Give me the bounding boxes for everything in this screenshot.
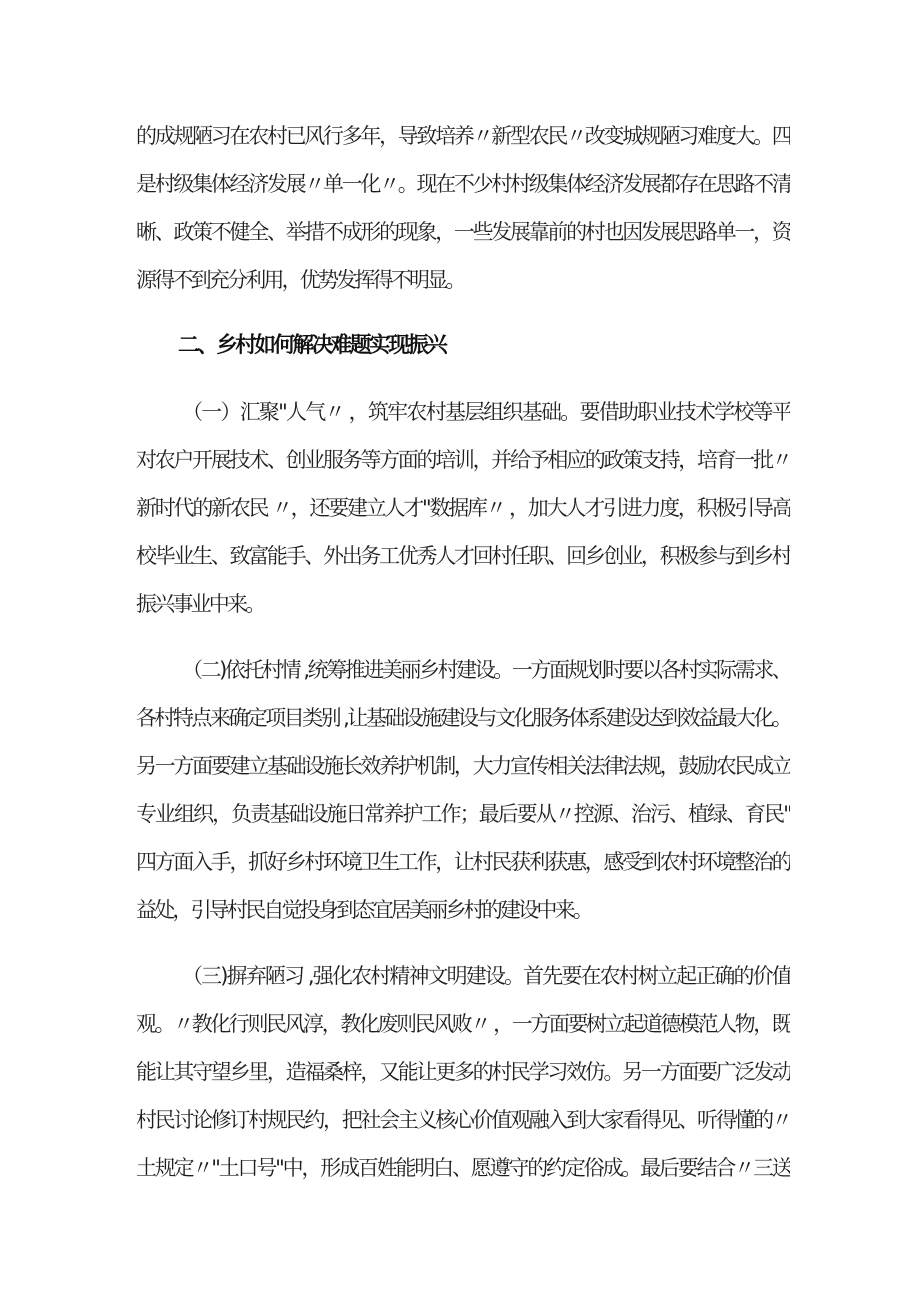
text-line: 振兴事业中来。 xyxy=(136,580,790,628)
text-line: （一）汇聚"人气〃 ，筑牢农村基层组织基础。要借助职业技术学校等平台， xyxy=(136,388,790,436)
text-line: 土规定〃"土口号"中，形成百姓能明白、愿遵守的约定俗成。最后要结合〃三送 xyxy=(136,1144,790,1192)
text-line: 源得不到充分利用，优势发挥得不明显。 xyxy=(136,256,790,304)
text-line: 能让其守望乡里，造福桑梓，又能让更多的村民学习效仿。另一方面要广泛发动 xyxy=(136,1048,790,1096)
text-line: 新时代的新农民 〃，还要建立人才"数据库〃 ，加大人才引进力度，积极引导高 xyxy=(136,484,790,532)
text-line: 另一方面要建立基础设施长效养护机制，大力宣传相关法律法规，鼓励农民成立 xyxy=(136,742,790,790)
document-page: 的成规陋习在农村已风行多年，导致培养〃新型农民〃改变城规陋习难度大。四 是村级集… xyxy=(0,0,920,1301)
paragraph-continuation: 的成规陋习在农村已风行多年，导致培养〃新型农民〃改变城规陋习难度大。四 是村级集… xyxy=(136,112,790,304)
text-line: 各村特点来确定项目类别 ,让基础设施建设与文化服务体系建设达到效益最大化。 xyxy=(136,694,790,742)
text-line: 益处，引导村民自觉投身到态宜居美丽乡村的建设中来。 xyxy=(136,886,790,934)
text-line: 是村级集体经济发展〃单一化〃。现在不少村村级集体经济发展都存在思路不清 xyxy=(136,160,790,208)
text-line: 观。〃教化行则民风淳，教化废则民风败〃 ，一方面要树立起道德模范人物，既 xyxy=(136,1000,790,1048)
paragraph-item-2: （二)依托村情 ,统筹推进美丽乡村建设。一方面规划时要以各村实际需求、 各村特点… xyxy=(136,646,790,934)
text-line: 校毕业生、致富能手、外出务工优秀人才回村任职、回乡创业，积极参与到乡村 xyxy=(136,532,790,580)
text-line: 村民讨论修订村规民约，把社会主义核心价值观融入到大家看得见、听得懂的〃 xyxy=(136,1096,790,1144)
paragraph-item-3: （三)摒弃陋习 ,强化农村精神文明建设。首先要在农村树立起正确的价值 观。〃教化… xyxy=(136,952,790,1192)
text-line: 四方面入手，抓好乡村环境卫生工作，让村民获利获惠，感受到农村环境整治的 xyxy=(136,838,790,886)
text-line: 晰、政策不健全、举措不成形的现象，一些发展靠前的村也因发展思路单一，资 xyxy=(136,208,790,256)
text-line: 专业组织，负责基础设施日常养护工作；最后要从〃控源、治污、植绿、育民" xyxy=(136,790,790,838)
text-line: 对农户开展技术、创业服务等方面的培训，并给予相应的政策支持，培育一批〃 xyxy=(136,436,790,484)
section-heading: 二、乡村如何解决难题实现振兴 xyxy=(136,322,790,370)
paragraph-item-1: （一）汇聚"人气〃 ，筑牢农村基层组织基础。要借助职业技术学校等平台， 对农户开… xyxy=(136,388,790,628)
document-content: 的成规陋习在农村已风行多年，导致培养〃新型农民〃改变城规陋习难度大。四 是村级集… xyxy=(136,112,790,1210)
text-line: 的成规陋习在农村已风行多年，导致培养〃新型农民〃改变城规陋习难度大。四 xyxy=(136,112,790,160)
text-line: （二)依托村情 ,统筹推进美丽乡村建设。一方面规划时要以各村实际需求、 xyxy=(136,646,790,694)
text-line: （三)摒弃陋习 ,强化农村精神文明建设。首先要在农村树立起正确的价值 xyxy=(136,952,790,1000)
